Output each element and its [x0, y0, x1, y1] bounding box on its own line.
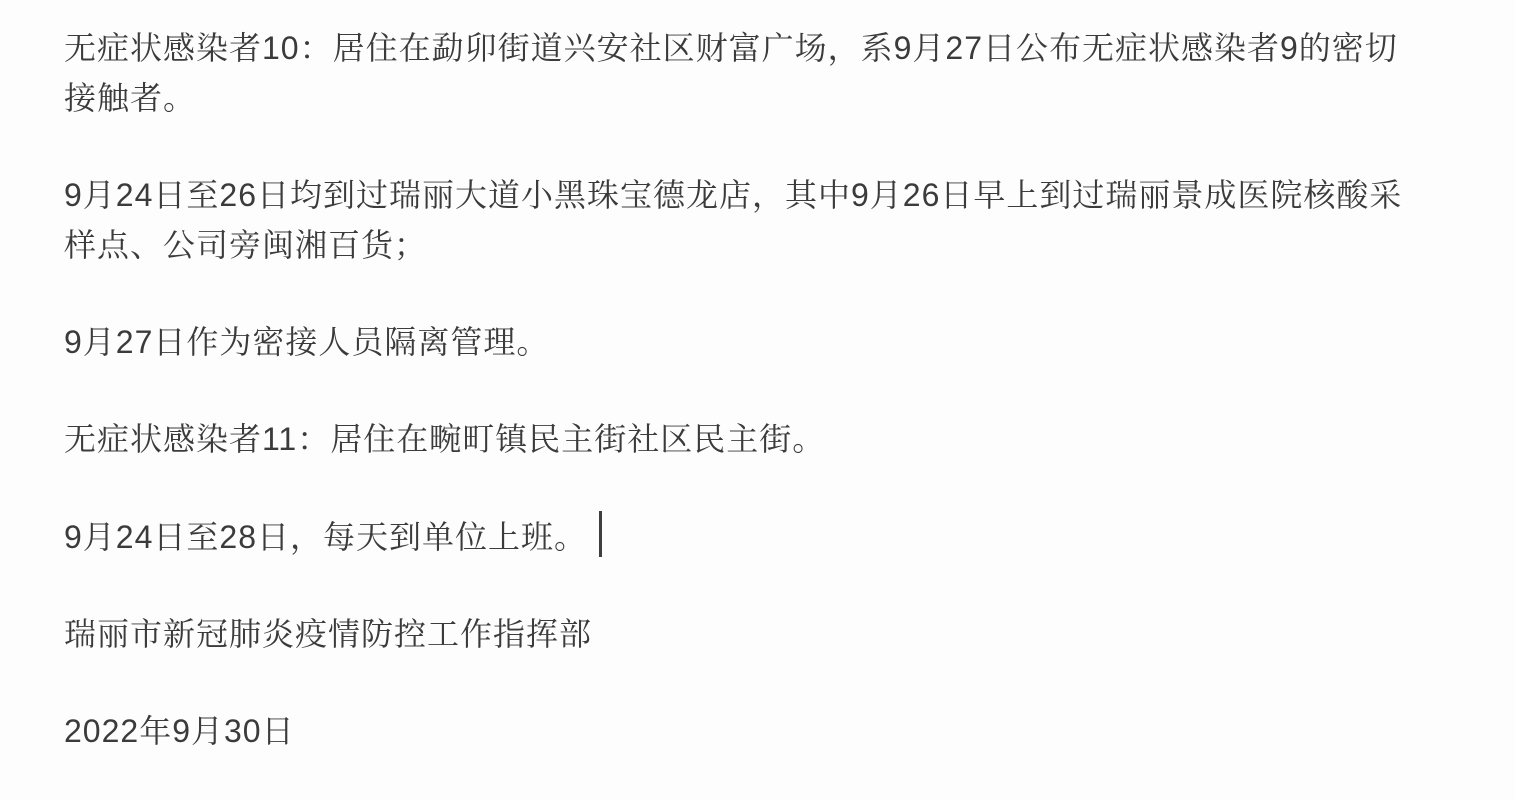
paragraph-signature: 瑞丽市新冠肺炎疫情防控工作指挥部: [64, 609, 1495, 659]
text-line: 无症状感染者11：居住在畹町镇民主街社区民主街。: [64, 414, 1495, 464]
text-line: 9月27日作为密接人员隔离管理。: [64, 317, 1495, 367]
document-text-area[interactable]: 无症状感染者10：居住在勐卯街道兴安社区财富广场，系9月27日公布无症状感染者9…: [0, 0, 1515, 800]
text-line: 样点、公司旁闽湘百货；: [64, 220, 1495, 270]
text-line: 瑞丽市新冠肺炎疫情防控工作指挥部: [64, 609, 1495, 659]
text-cursor-caret: [599, 511, 602, 557]
paragraph-date: 2022年9月30日: [64, 706, 1495, 756]
paragraph-case10-quarantine: 9月27日作为密接人员隔离管理。: [64, 317, 1495, 367]
text-line: 无症状感染者10：居住在勐卯街道兴安社区财富广场，系9月27日公布无症状感染者9…: [64, 23, 1495, 73]
text-line-content: 9月24日至28日，每天到单位上班。: [64, 519, 587, 555]
text-line: 接触者。: [64, 73, 1495, 123]
paragraph-case10-intro: 无症状感染者10：居住在勐卯街道兴安社区财富广场，系9月27日公布无症状感染者9…: [64, 23, 1495, 123]
text-line: 2022年9月30日: [64, 706, 1495, 756]
text-line: 9月24日至26日均到过瑞丽大道小黑珠宝德龙店，其中9月26日早上到过瑞丽景成医…: [64, 170, 1495, 220]
paragraph-case11-itinerary: 9月24日至28日，每天到单位上班。: [64, 511, 1495, 562]
paragraph-case10-itinerary: 9月24日至26日均到过瑞丽大道小黑珠宝德龙店，其中9月26日早上到过瑞丽景成医…: [64, 170, 1495, 270]
paragraph-case11-intro: 无症状感染者11：居住在畹町镇民主街社区民主街。: [64, 414, 1495, 464]
text-line: 9月24日至28日，每天到单位上班。: [64, 511, 1495, 562]
